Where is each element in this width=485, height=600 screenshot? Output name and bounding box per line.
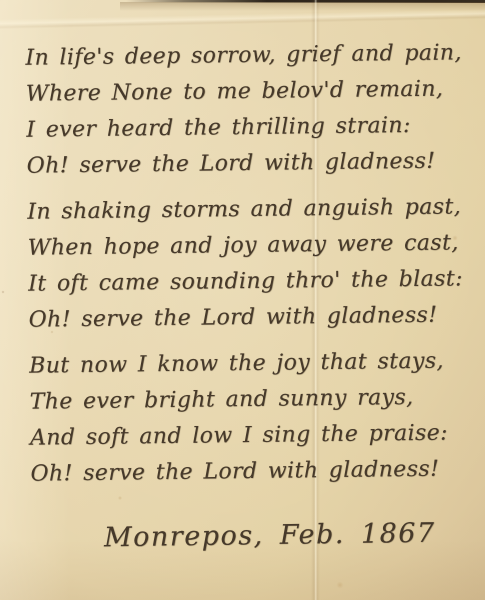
poem-line: I ever heard the thrilling strain:: [26, 107, 466, 148]
poem-line: In shaking storms and anguish past,: [27, 189, 467, 230]
poem-line: When hope and joy away were cast,: [28, 225, 468, 266]
poem-line: It oft came sounding thro' the blast:: [28, 261, 468, 302]
poem-line: In life's deep sorrow, grief and pain,: [25, 35, 465, 76]
poem-line: Where None to me belov'd remain,: [26, 71, 466, 112]
manuscript-page: In life's deep sorrow, grief and pain, W…: [0, 0, 485, 600]
poem-line: The ever bright and sunny rays,: [29, 379, 469, 420]
stanza-2: In shaking storms and anguish past, When…: [27, 189, 469, 338]
poem-line: Oh! serve the Lord with gladness!: [30, 451, 470, 492]
stanza-1: In life's deep sorrow, grief and pain, W…: [25, 35, 467, 184]
poem-body: In life's deep sorrow, grief and pain, W…: [25, 35, 471, 502]
stanza-3: But now I know the joy that stays, The e…: [29, 343, 471, 492]
poem-line: But now I know the joy that stays,: [29, 343, 469, 384]
signature-line: Monrepos, Feb. 1867: [104, 514, 436, 559]
poem-line: Oh! serve the Lord with gladness!: [27, 143, 467, 184]
poem-line: And soft and low I sing the praise:: [30, 415, 470, 456]
poem-line: Oh! serve the Lord with gladness!: [28, 297, 468, 338]
horizontal-fold-crease: [0, 9, 485, 30]
